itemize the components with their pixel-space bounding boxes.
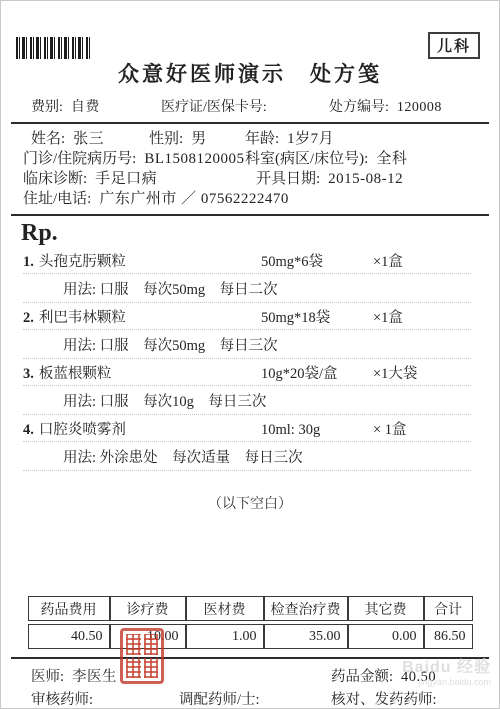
diagnosis-label: 临床诊断: (23, 171, 87, 187)
drug-spec: 50mg*18袋 (261, 309, 373, 327)
insurance-card-label: 医疗证/医保卡号: (161, 100, 267, 115)
drug-title: 板蓝根颗粒 (39, 366, 112, 382)
fee-value-drug: 40.50 (28, 624, 110, 649)
drug-qty: ×1盒 (373, 253, 469, 271)
seal-glyph (144, 658, 159, 679)
insurance-card: 医疗证/医保卡号: (161, 99, 329, 117)
address-phone: 住址/电话:广东广州市 ／ 07562222470 (23, 189, 289, 209)
meta-row: 费别:自费 医疗证/医保卡号: 处方编号:120008 (31, 99, 469, 117)
fee-header-material: 医材费 (186, 596, 264, 621)
patient-name-label: 姓名: (31, 131, 65, 147)
patient-row-3: 临床诊断:手足口病 开具日期:2015-08-12 (23, 169, 469, 189)
dispense-pharmacist-label: 调配药师/士: (179, 690, 331, 709)
ward: 科室(病区/床位号):全科 (245, 149, 407, 169)
record-number: 门诊/住院病历号:BL1508120005 (23, 149, 245, 169)
drug-name: 1.头孢克肟颗粒 (23, 253, 261, 271)
fee-header-other: 其它费 (348, 596, 424, 621)
patient-row-2: 门诊/住院病历号:BL1508120005 科室(病区/床位号):全科 (23, 149, 469, 169)
patient-age-label: 年龄: (245, 131, 279, 147)
rx-number-label: 处方编号: (329, 100, 389, 115)
fee-value-material: 1.00 (186, 624, 264, 649)
drug-spec: 50mg*6袋 (261, 253, 373, 271)
fee-type: 费别:自费 (31, 99, 161, 117)
seal-glyph (126, 634, 141, 655)
fee-type-value: 自费 (71, 100, 100, 115)
patient-age-value: 1岁7月 (287, 131, 334, 147)
drug-name: 4.口腔炎喷雾剂 (23, 421, 261, 439)
footer-row-2: 审核药师: 调配药师/士: 核对、发药药师: (31, 690, 469, 709)
drug-name: 2.利巴韦林颗粒 (23, 309, 261, 327)
drug-index: 1. (23, 254, 34, 270)
review-pharmacist-label: 审核药师: (31, 690, 179, 709)
fee-header-exam: 检查治疗费 (264, 596, 348, 621)
drug-name: 3.板蓝根颗粒 (23, 365, 261, 383)
ward-label: 科室(病区/床位号): (245, 151, 368, 167)
drug-spec: 10ml: 30g (261, 421, 373, 439)
drug-title: 头孢克肟颗粒 (39, 254, 126, 270)
drug-item-1: 1.头孢克肟颗粒 50mg*6袋 ×1盒 (23, 247, 471, 274)
rp-heading: Rp. (21, 219, 499, 247)
rx-number: 处方编号:120008 (329, 99, 469, 117)
drug-qty: ×1盒 (373, 309, 469, 327)
record-number-value: BL1508120005 (144, 151, 244, 167)
drug-index: 3. (23, 366, 34, 382)
drug-usage-3: 用法: 口服 每次10g 每日三次 (23, 386, 471, 415)
patient-gender-label: 性别: (149, 131, 183, 147)
fee-header-consult: 诊疗费 (110, 596, 186, 621)
seal-glyph (126, 658, 141, 679)
baidu-watermark-url: jingyan.baidu.com (402, 677, 491, 687)
drug-usage-1: 用法: 口服 每次50mg 每日二次 (23, 274, 471, 303)
patient-age: 年龄:1岁7月 (245, 129, 334, 149)
drug-title: 口腔炎喷雾剂 (39, 422, 126, 438)
drug-title: 利巴韦林颗粒 (39, 310, 126, 326)
check-pharmacist-label: 核对、发药药师: (331, 690, 437, 709)
blank-below-note: （以下空白） (1, 493, 499, 513)
baidu-watermark: Baidu 经验 jingyan.baidu.com (402, 654, 491, 687)
drug-spec: 10g*20袋/盒 (261, 365, 373, 383)
drug-item-3: 3.板蓝根颗粒 10g*20袋/盒 ×1大袋 (23, 359, 471, 386)
record-number-label: 门诊/住院病历号: (23, 151, 136, 167)
department-tag-label: 儿科 (437, 39, 471, 55)
fee-value-exam: 35.00 (264, 624, 348, 649)
fee-value-other: 0.00 (348, 624, 424, 649)
seal-glyph (144, 634, 159, 655)
issue-date-value: 2015-08-12 (328, 171, 403, 187)
baidu-watermark-logo: Baidu 经验 (402, 654, 491, 677)
issue-date-label: 开具日期: (256, 171, 320, 187)
prescription-page: 儿科 众意好医师演示 处方笺 费别:自费 医疗证/医保卡号: 处方编号:1200… (0, 0, 500, 709)
rx-number-value: 120008 (397, 100, 442, 115)
diagnosis-value: 手足口病 (95, 171, 157, 187)
drug-item-4: 4.口腔炎喷雾剂 10ml: 30g × 1盒 (23, 415, 471, 442)
patient-name: 姓名:张三 (31, 129, 149, 149)
drug-item-2: 2.利巴韦林颗粒 50mg*18袋 ×1盒 (23, 303, 471, 330)
diagnosis: 临床诊断:手足口病 (23, 169, 256, 189)
doctor-seal-stamp-icon (120, 628, 164, 684)
fee-value-total: 86.50 (424, 624, 473, 649)
drug-usage-2: 用法: 口服 每次50mg 每日三次 (23, 330, 471, 359)
patient-row-1: 姓名:张三 性别:男 年龄:1岁7月 (31, 129, 469, 149)
divider-top (11, 122, 489, 124)
drug-amount-label: 药品金额: (331, 669, 393, 685)
doctor-label: 医师: (31, 669, 64, 685)
fee-header-drug: 药品费用 (28, 596, 110, 621)
department-tag: 儿科 (428, 32, 480, 59)
drug-qty: ×1大袋 (373, 365, 469, 383)
barcode (16, 37, 91, 59)
fee-type-label: 费别: (31, 100, 63, 115)
patient-name-value: 张三 (73, 131, 104, 147)
fee-header-total: 合计 (424, 596, 473, 621)
fee-table: 药品费用 诊疗费 医材费 检查治疗费 其它费 合计 40.50 10.00 1.… (28, 593, 473, 652)
drug-qty: × 1盒 (373, 421, 469, 439)
ward-value: 全科 (376, 151, 407, 167)
fee-table-header-row: 药品费用 诊疗费 医材费 检查治疗费 其它费 合计 (28, 596, 473, 621)
issue-date: 开具日期:2015-08-12 (256, 169, 403, 189)
patient-row-4: 住址/电话:广东广州市 ／ 07562222470 (23, 189, 469, 209)
address-phone-value: 广东广州市 ／ 07562222470 (99, 191, 289, 207)
divider-patient (11, 214, 489, 216)
address-phone-label: 住址/电话: (23, 191, 91, 207)
doctor-name: 李医生 (72, 669, 117, 685)
drug-index: 4. (23, 422, 34, 438)
fee-table-value-row: 40.50 10.00 1.00 35.00 0.00 86.50 (28, 624, 473, 649)
drug-usage-4: 用法: 外涂患处 每次适量 每日三次 (23, 442, 471, 471)
patient-gender-value: 男 (191, 131, 207, 147)
patient-gender: 性别:男 (149, 129, 245, 149)
drug-index: 2. (23, 310, 34, 326)
